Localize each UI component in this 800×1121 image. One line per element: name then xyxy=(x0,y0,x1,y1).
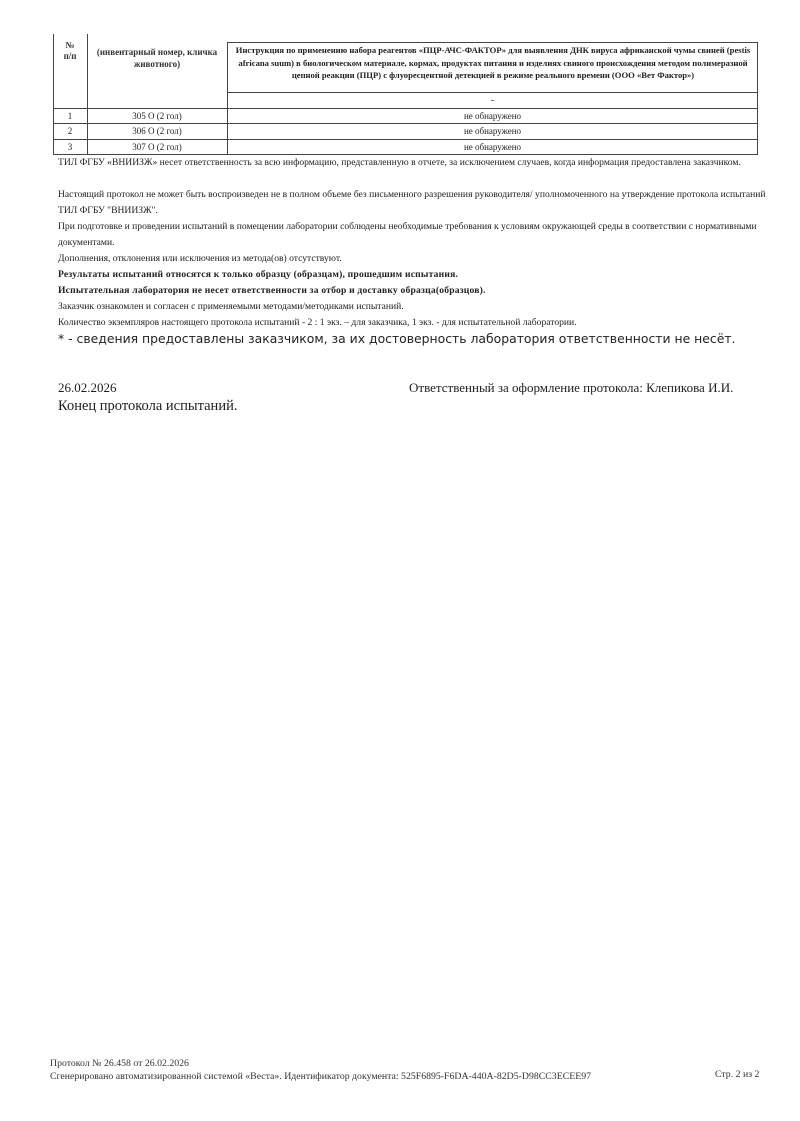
footer-generated-by: Сгенерировано автоматизированной системо… xyxy=(50,1070,591,1083)
page-number: Стр. 2 из 2 xyxy=(715,1069,759,1080)
header-method-subcell: - xyxy=(227,94,758,106)
results-table: № п/п (инвентарный номер, кличка животно… xyxy=(53,34,758,155)
protocol-date: 26.02.2026 xyxy=(58,380,117,396)
cell-sample: 307 О (2 гол) xyxy=(87,140,227,155)
environment-paragraph: При подготовке и проведении испытаний в … xyxy=(58,219,768,251)
cell-number: 1 xyxy=(53,109,87,124)
results-scope-statement: Результаты испытаний относятся к только … xyxy=(58,267,768,283)
table-row: 1 305 О (2 гол) не обнаружено xyxy=(53,109,758,124)
cell-sample: 306 О (2 гол) xyxy=(87,124,227,139)
footer-protocol-number: Протокол № 26.458 от 26.02.2026 xyxy=(50,1057,189,1070)
customer-acknowledgement: Заказчик ознакомлен и согласен с применя… xyxy=(58,299,768,315)
reproduction-paragraph: Настоящий протокол не может быть воспрои… xyxy=(58,187,768,219)
responsible-person: Ответственный за оформление протокола: К… xyxy=(409,380,733,396)
cell-result: не обнаружено xyxy=(227,109,758,124)
header-sample-id: (инвентарный номер, кличка животного) xyxy=(87,46,227,70)
document-page: № п/п (инвентарный номер, кличка животно… xyxy=(0,0,800,1121)
cell-number: 2 xyxy=(53,124,87,139)
cell-number: 3 xyxy=(53,140,87,155)
cell-result: не обнаружено xyxy=(227,140,758,155)
header-row-number: № п/п xyxy=(53,40,87,62)
end-of-protocol: Конец протокола испытаний. xyxy=(58,398,237,415)
header-test-method: Инструкция по применению набора реагенто… xyxy=(229,44,757,82)
table-row: 3 307 О (2 гол) не обнаружено xyxy=(53,140,758,155)
sampling-disclaimer: Испытательная лаборатория не несет ответ… xyxy=(58,283,768,299)
cell-sample: 305 О (2 гол) xyxy=(87,109,227,124)
table-border xyxy=(227,42,758,43)
copies-count: Количество экземпляров настоящего проток… xyxy=(58,315,768,331)
customer-info-note: * - сведения предоставлены заказчиком, з… xyxy=(58,331,778,347)
cell-result: не обнаружено xyxy=(227,124,758,139)
table-row: 2 306 О (2 гол) не обнаружено xyxy=(53,124,758,139)
deviations-paragraph: Дополнения, отклонения или исключения из… xyxy=(58,251,768,267)
table-border xyxy=(227,92,758,93)
responsibility-paragraph: ТИЛ ФГБУ «ВНИИЗЖ» несет ответственность … xyxy=(58,155,768,171)
